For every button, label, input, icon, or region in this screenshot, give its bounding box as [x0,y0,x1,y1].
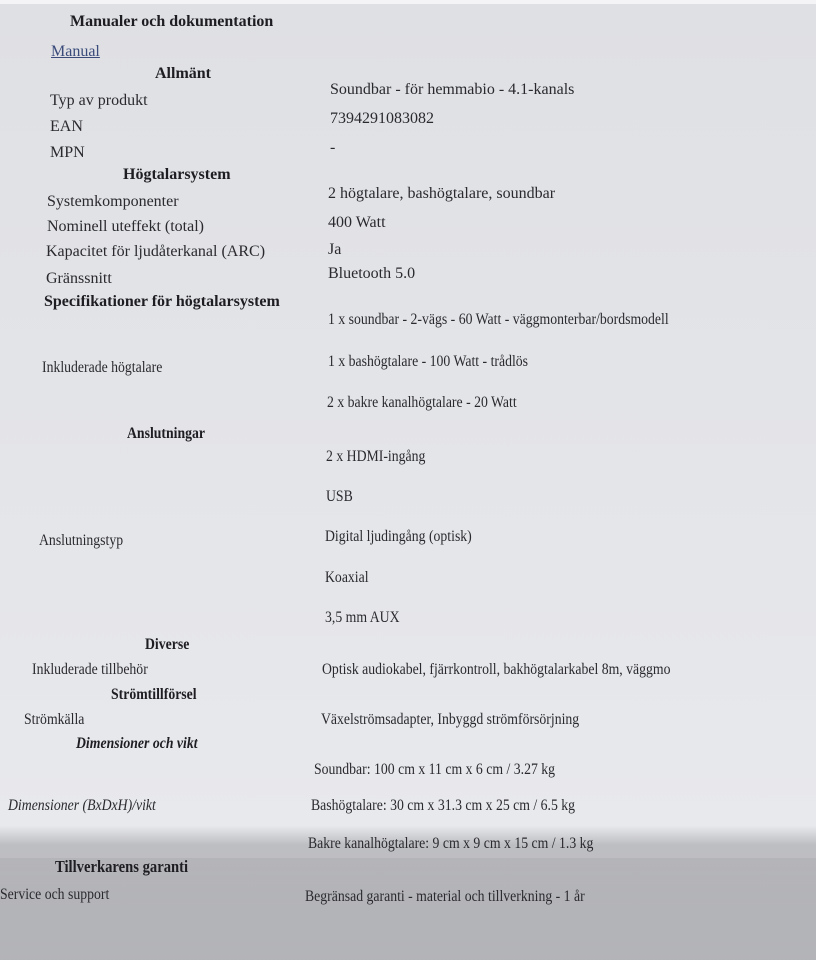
value-service-support: Begränsad garanti - material och tillver… [305,887,585,907]
label-arc: Kapacitet för ljudåterkanal (ARC) [46,242,265,262]
paper-top-edge [0,0,816,4]
value-speaker-subwoofer: 1 x bashögtalare - 100 Watt - trådlös [328,352,528,372]
value-dimensions-subwoofer: Bashögtalare: 30 cm x 31.3 cm x 25 cm / … [311,796,575,816]
value-ean: 7394291083082 [330,109,434,129]
label-dimensions: Dimensioner (BxDxH)/vikt [8,796,156,816]
label-ean: EAN [50,117,83,137]
value-mpn: - [330,138,335,158]
value-connection-coax: Koaxial [325,568,369,588]
heading-speaker-specs: Specifikationer för högtalarsystem [44,292,280,312]
heading-warranty: Tillverkarens garanti [55,857,188,877]
value-interface: Bluetooth 5.0 [328,264,415,284]
heading-power: Strömtillförsel [111,685,197,705]
label-rated-output: Nominell uteffekt (total) [47,217,204,237]
value-dimensions-rear: Bakre kanalhögtalare: 9 cm x 9 cm x 15 c… [308,834,593,854]
heading-dimensions: Dimensioner och vikt [76,734,198,754]
manual-link[interactable]: Manual [51,42,100,62]
value-connection-hdmi: 2 x HDMI-ingång [326,447,425,467]
label-connection-type: Anslutningstyp [39,531,123,551]
label-service-support: Service och support [0,885,109,905]
value-rated-output: 400 Watt [328,213,386,233]
heading-connections: Anslutningar [127,424,205,444]
value-system-components: 2 högtalare, bashögtalare, soundbar [328,184,555,204]
label-included-speakers: Inkluderade högtalare [42,358,162,378]
label-mpn: MPN [50,143,85,163]
label-system-components: Systemkomponenter [47,192,179,212]
heading-general: Allmänt [155,64,211,84]
value-dimensions-soundbar: Soundbar: 100 cm x 11 cm x 6 cm / 3.27 k… [314,760,555,780]
value-accessories: Optisk audiokabel, fjärrkontroll, bakhög… [322,660,671,680]
value-connection-aux: 3,5 mm AUX [325,608,400,628]
heading-misc: Diverse [145,635,189,655]
value-arc: Ja [328,240,341,260]
label-power-source: Strömkälla [24,710,84,730]
heading-manuals: Manualer och dokumentation [70,12,273,32]
value-product-type: Soundbar - för hemmabio - 4.1-kanals [330,80,574,100]
label-product-type: Typ av produkt [50,91,148,111]
value-connection-optical: Digital ljudingång (optisk) [325,527,472,547]
heading-speaker-system: Högtalarsystem [123,165,231,185]
value-speaker-rear: 2 x bakre kanalhögtalare - 20 Watt [327,393,517,413]
value-power-source: Växelströmsadapter, Inbyggd strömförsörj… [321,710,579,730]
value-speaker-soundbar: 1 x soundbar - 2-vägs - 60 Watt - väggmo… [328,310,669,330]
label-interface: Gränssnitt [46,269,112,289]
value-connection-usb: USB [326,487,353,507]
label-accessories: Inkluderade tillbehör [32,660,148,680]
